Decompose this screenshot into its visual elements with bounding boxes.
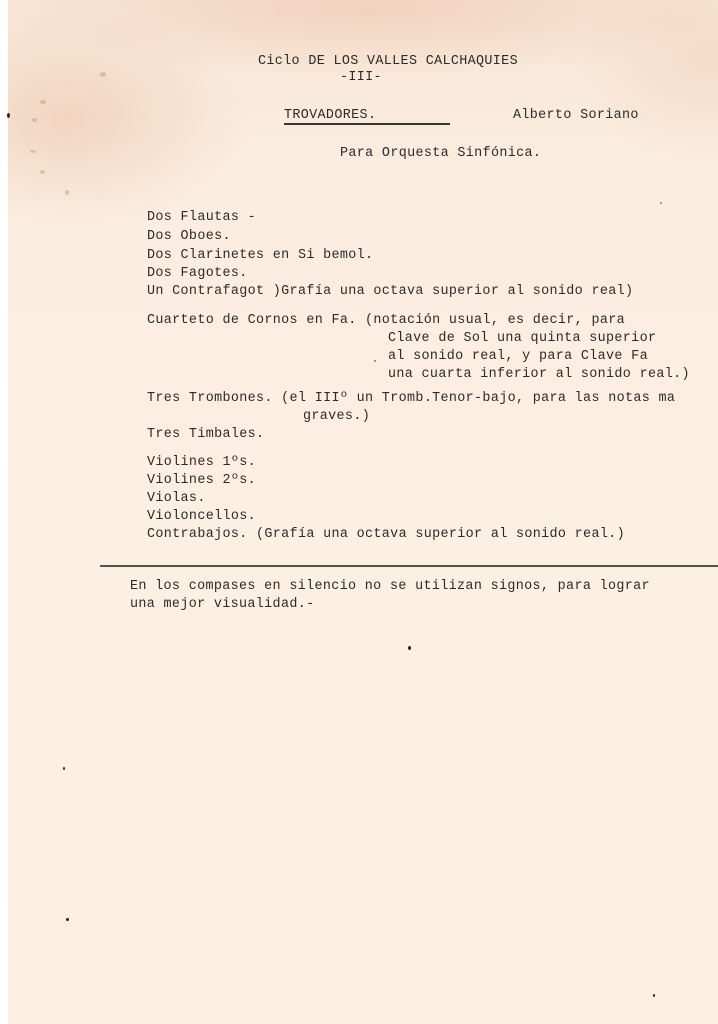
footnote-line: En los compases en silencio no se utiliz… (130, 579, 650, 595)
work-title: TROVADORES. (284, 108, 376, 124)
composer-name: Alberto Soriano (513, 108, 639, 124)
section-divider (100, 565, 718, 567)
footnote-line: una mejor visualidad.- (130, 597, 315, 613)
stain-mark (65, 190, 69, 195)
speck (653, 994, 655, 997)
instrument-line: Dos Oboes. (147, 229, 231, 245)
speck (63, 767, 65, 770)
stain-mark (32, 118, 37, 122)
stain-mark (30, 150, 36, 153)
instrument-note-continuation: Clave de Sol una quinta superior (388, 331, 656, 347)
instrument-line: Tres Timbales. (147, 427, 264, 443)
instrument-note-continuation: graves.) (303, 409, 370, 425)
speck (660, 202, 662, 204)
speck (408, 646, 411, 650)
speck (374, 360, 376, 362)
instrument-line: Violoncellos. (147, 509, 256, 525)
instrument-line: Dos Clarinetes en Si bemol. (147, 248, 373, 264)
subtitle: Para Orquesta Sinfónica. (340, 146, 541, 162)
speck (66, 918, 69, 921)
instrument-line: Cuarteto de Cornos en Fa. (notación usua… (147, 313, 625, 329)
instrument-line: Dos Fagotes. (147, 266, 248, 282)
instrument-line: Tres Trombones. (el IIIº un Tromb.Tenor-… (147, 391, 675, 407)
stain-mark (100, 72, 106, 77)
title-underline (284, 123, 450, 125)
instrument-line: Violas. (147, 491, 206, 507)
cycle-title: Ciclo DE LOS VALLES CALCHAQUIES (258, 54, 518, 70)
instrument-note-continuation: una cuarta inferior al sonido real.) (388, 367, 690, 383)
instrument-line: Violines 1ºs. (147, 455, 256, 471)
instrument-line: Contrabajos. (Grafía una octava superior… (147, 527, 625, 543)
instrument-line: Violines 2ºs. (147, 473, 256, 489)
speck (7, 113, 10, 118)
instrument-line: Un Contrafagot )Grafía una octava superi… (147, 284, 633, 300)
instrument-note-continuation: al sonido real, y para Clave Fa (388, 349, 648, 365)
stain-mark (40, 100, 46, 104)
stain-mark (40, 170, 45, 174)
instrument-line: Dos Flautas - (147, 210, 256, 226)
part-number: -III- (340, 70, 382, 86)
